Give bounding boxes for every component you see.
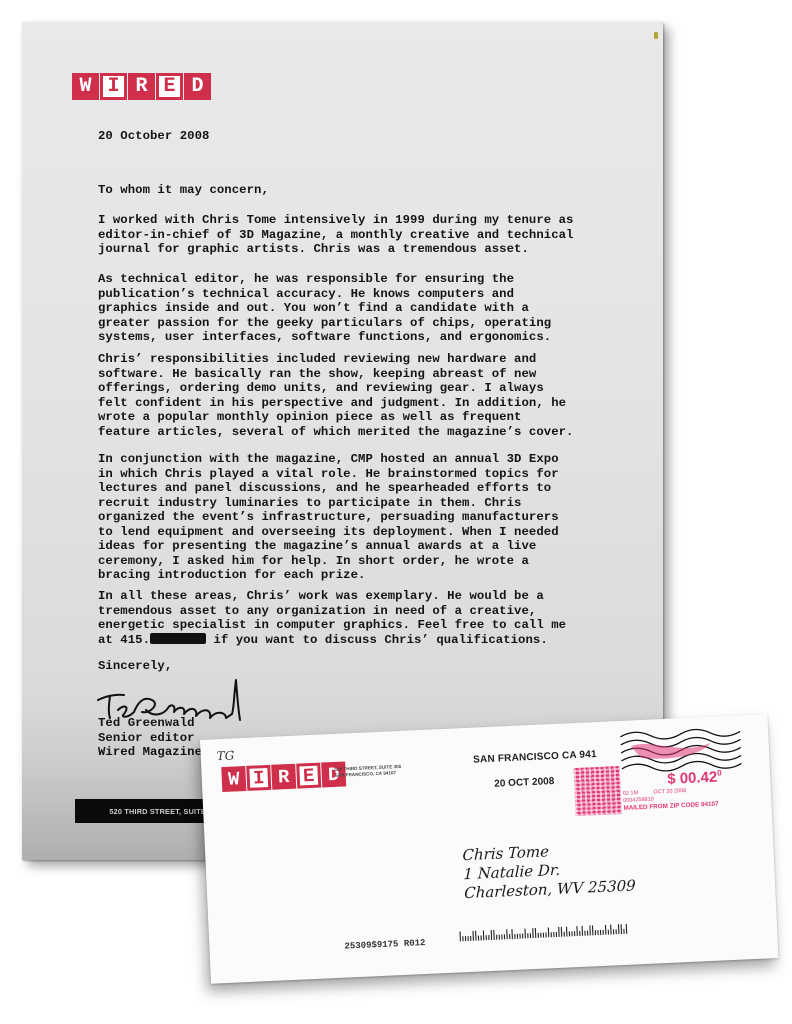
wired-logo: WIRED xyxy=(72,73,211,100)
signer-block: Ted Greenwald Senior editor Wired Magazi… xyxy=(98,716,202,760)
logo-letter-e: E xyxy=(296,763,321,789)
paragraph-3: Chris’ responsibilities included reviewi… xyxy=(98,352,573,439)
logo-letter-i: I xyxy=(100,73,127,100)
return-address: 520 THIRD STREET, SUITE 305 SAN FRANCISC… xyxy=(334,764,401,779)
postage-2d-barcode-icon xyxy=(574,766,622,816)
paragraph-4: In conjunction with the magazine, CMP ho… xyxy=(98,452,559,583)
staple xyxy=(654,32,658,39)
logo-letter-d: D xyxy=(184,73,211,100)
postage-amount: $ 00.420 xyxy=(667,768,722,787)
postmark-date: 20 OCT 2008 xyxy=(494,776,554,790)
letter-date: 20 October 2008 xyxy=(98,129,209,144)
phone-prefix: at 415. xyxy=(98,633,150,647)
logo-letter-i: I xyxy=(246,765,271,791)
signer-title: Senior editor xyxy=(98,731,195,745)
envelope: TG WIRED 520 THIRD STREET, SUITE 305 SAN… xyxy=(200,714,778,984)
postmark-city: SAN FRANCISCO CA 941 xyxy=(473,749,597,766)
handwritten-initials: TG xyxy=(216,748,234,763)
paragraph-5-lines: In all these areas, Chris’ work was exem… xyxy=(98,589,566,632)
logo-letter-r: R xyxy=(128,73,155,100)
paragraph-2: As technical editor, he was responsible … xyxy=(98,272,551,345)
postal-barcode-icon xyxy=(459,924,629,942)
logo-letter-r: R xyxy=(271,764,296,790)
signer-organization: Wired Magazine xyxy=(98,745,202,759)
barcode-id: 25309$9175 R012 xyxy=(344,938,425,952)
paragraph-5: In all these areas, Chris’ work was exem… xyxy=(98,589,566,647)
logo-letter-w: W xyxy=(72,73,99,100)
logo-letter-w: W xyxy=(221,766,246,792)
closing: Sincerely, xyxy=(98,659,172,674)
salutation: To whom it may concern, xyxy=(98,183,269,198)
phone-suffix: if you want to discuss Chris’ qualificat… xyxy=(206,633,548,647)
paragraph-1: I worked with Chris Tome intensively in … xyxy=(98,213,573,257)
envelope-wired-logo: WIRED xyxy=(221,761,346,792)
recipient-address: Chris Tome 1 Natalie Dr. Charleston, WV … xyxy=(462,838,636,903)
redacted-phone xyxy=(150,633,206,644)
logo-letter-e: E xyxy=(156,73,183,100)
signer-name: Ted Greenwald xyxy=(98,716,195,730)
